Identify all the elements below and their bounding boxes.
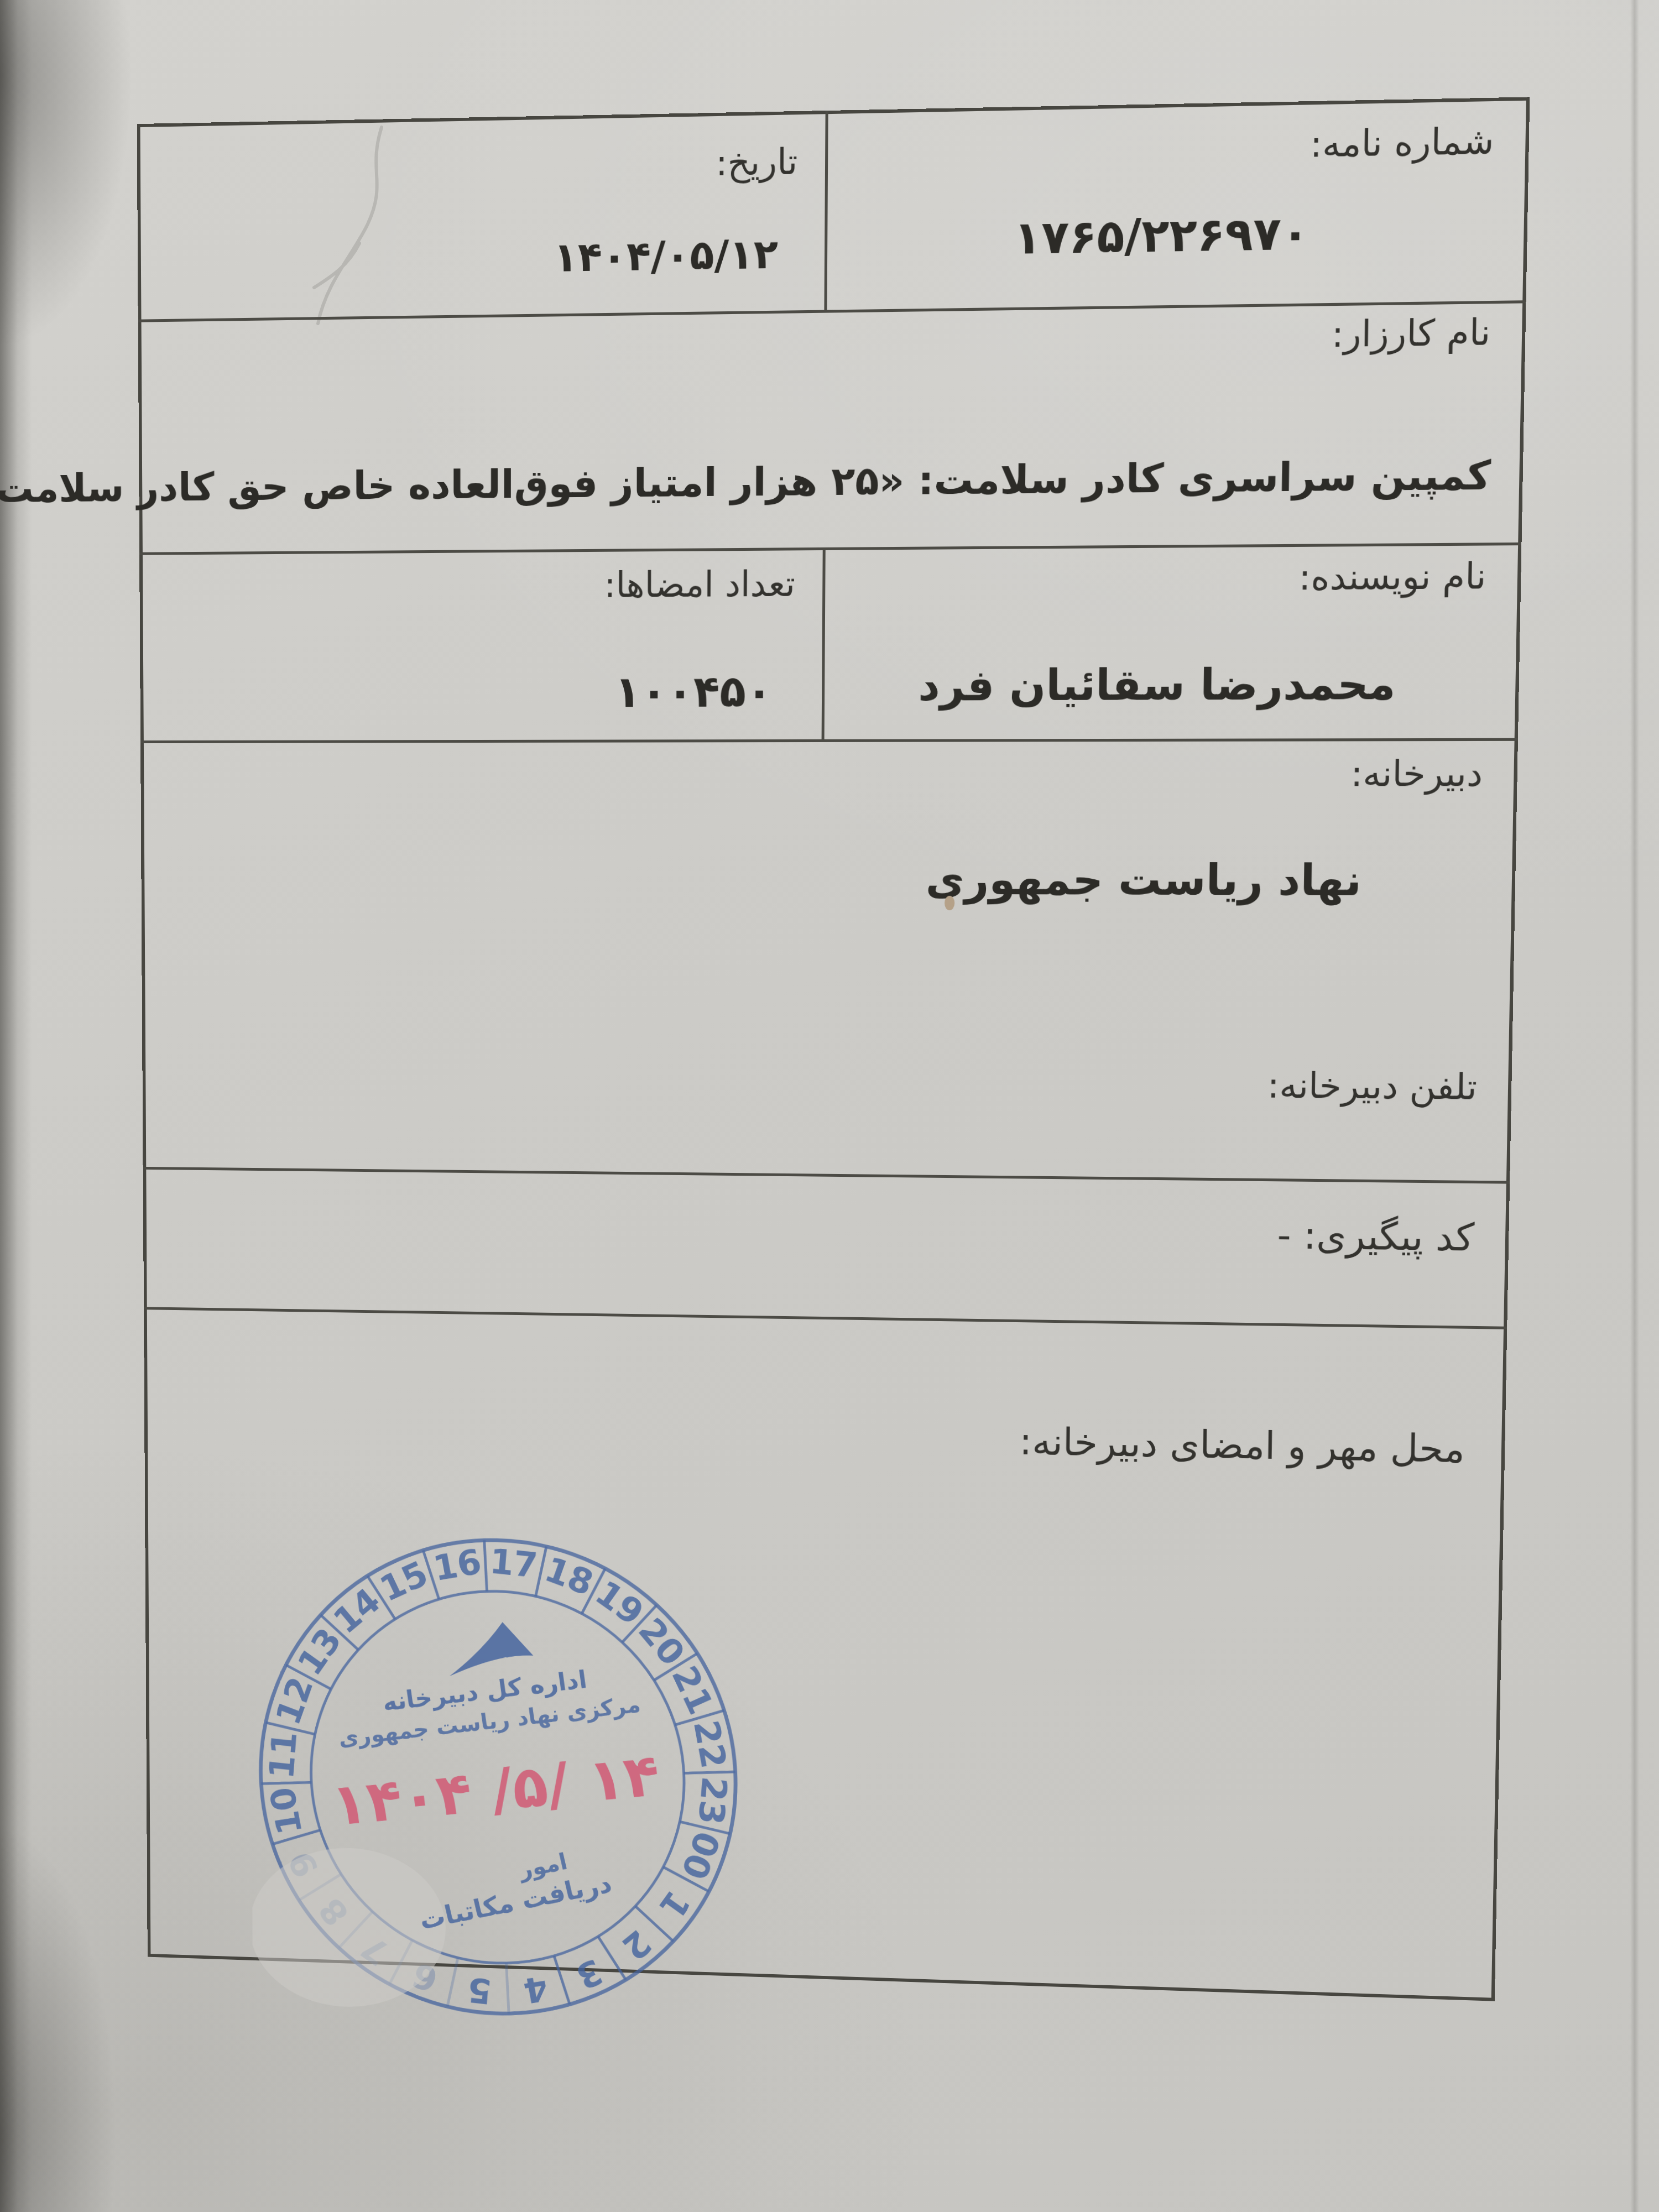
secretariat-value: نهاد ریاست جمهوری [926,854,1362,905]
stamp-bottom-line2: دریافت مکاتبات [417,1869,615,1936]
stamp-logo-triangle-icon [447,1621,534,1676]
stamp-dial-tick [554,1955,570,2005]
tracking-code-label: کد پیگیری: [1303,1214,1475,1260]
stamp-dial-tick [684,1772,735,1773]
paper-blemish-dot [945,896,954,910]
stamp-dial-number: 23 [690,1775,734,1827]
signatures-value: ۱۰۰۴۵۰ [614,667,773,718]
author-label: نام نویسنده: [1298,555,1486,598]
stamp-dial-number: 11 [262,1730,305,1781]
form-table: شماره نامه: ۱۷۶۵/۲۲۶۹۷۰ تاریخ: ۱۴۰۴/۰۵/۱… [137,97,1530,2001]
stamp-dial-number: 14 [326,1581,388,1642]
stamp-dial-number: 4 [520,1968,551,2010]
author-value: محمدرضا سقائیان فرد [832,658,1485,711]
stamp-dial-tick [506,1963,509,2013]
tracking-code-value: - [1277,1214,1291,1258]
stamp-dial-number: 18 [540,1550,598,1604]
signatures-label: تعداد امضاها: [604,564,795,606]
secretariat-phone-label: تلفن دبیرخانه: [1267,1065,1478,1108]
campaign-label: نام کارزار: [1331,311,1491,356]
stamp-dial-tick [261,1782,311,1783]
letter-number-label: شماره نامه: [1310,120,1494,166]
stamp-date-red: ۱۴۰۴ /۵/ ۱۴ [328,1741,663,1839]
date-value: ۱۴۰۴/۰۵/۱۲ [554,230,778,281]
seal-place-label: محل مهر و امضای دبیرخانه: [1019,1420,1465,1472]
stamp-dial-tick [445,1958,460,2006]
stamp-dial-number: 17 [488,1542,539,1586]
stamp-dial-number: 5 [466,1969,493,2011]
stamp-dial-number: 3 [570,1950,608,1996]
secretariat-round-stamp: 101112131415161718192021222300123456789 … [251,1526,746,2031]
secretariat-label: دبیرخانه: [1350,753,1483,795]
date-label: تاریخ: [716,141,798,184]
stamp-dial-number: 10 [263,1785,310,1837]
scan-corner-shadow-bottomleft [0,1714,166,2212]
stamp-dial-number: 22 [685,1718,733,1771]
stamp-dial-number: 20 [630,1611,692,1673]
tracking-code-line: کد پیگیری: - [1277,1214,1475,1260]
stamp-dial-number: 16 [430,1542,484,1589]
paper-crease [1630,0,1639,2212]
stamp-dial-tick [484,1540,487,1591]
letter-number-value: ۱۷۶۵/۲۲۶۹۷۰ [835,204,1493,267]
